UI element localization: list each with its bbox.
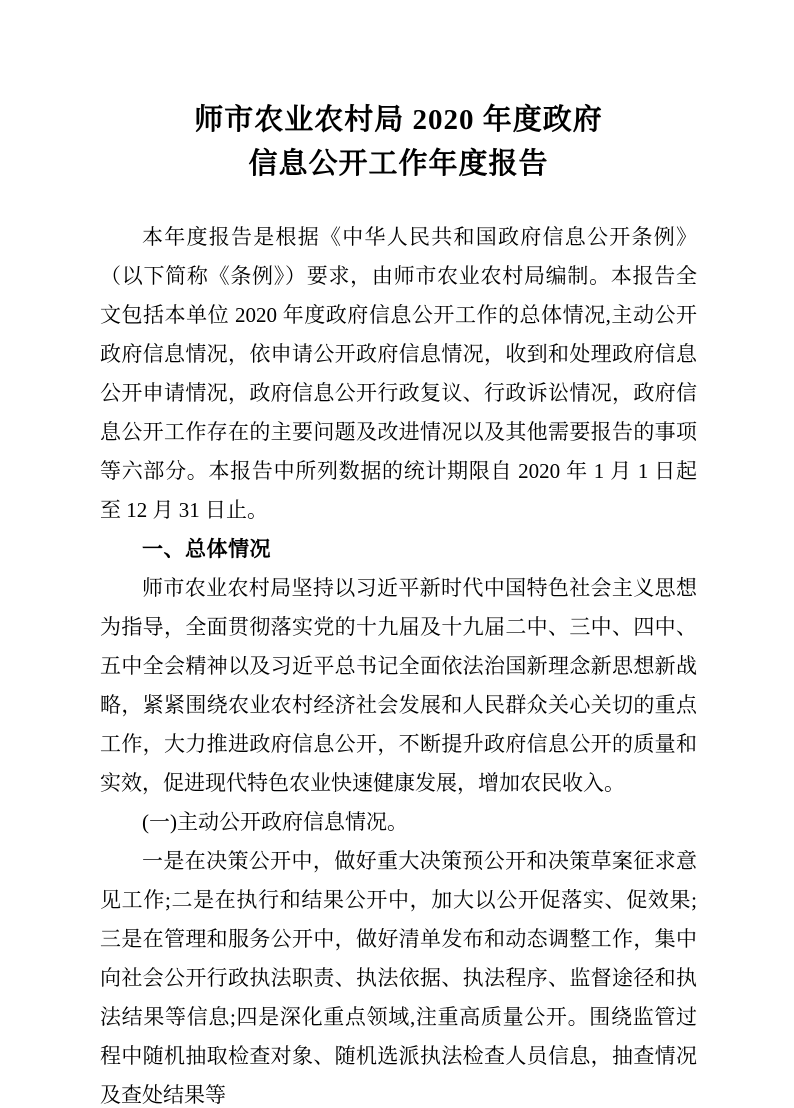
overall-situation-paragraph: 师市农业农村局坚持以习近平新时代中国特色社会主义思想为指导，全面贯彻落实党的十九…: [100, 569, 697, 803]
document-page: 师市农业农村局 2020 年度政府 信息公开工作年度报告 本年度报告是根据《中华…: [0, 0, 794, 1108]
subsection-heading-active-disclosure: (一)主动公开政府信息情况。: [100, 803, 697, 842]
document-title: 师市农业农村局 2020 年度政府 信息公开工作年度报告: [100, 98, 697, 186]
intro-paragraph: 本年度报告是根据《中华人民共和国政府信息公开条例》（以下简称《条例》）要求，由师…: [100, 218, 697, 530]
title-line-2: 信息公开工作年度报告: [100, 142, 697, 186]
section-heading-overall-situation: 一、总体情况: [100, 530, 697, 569]
active-disclosure-paragraph: 一是在决策公开中，做好重大决策预公开和决策草案征求意见工作;二是在执行和结果公开…: [100, 842, 697, 1108]
title-line-1: 师市农业农村局 2020 年度政府: [100, 98, 697, 142]
